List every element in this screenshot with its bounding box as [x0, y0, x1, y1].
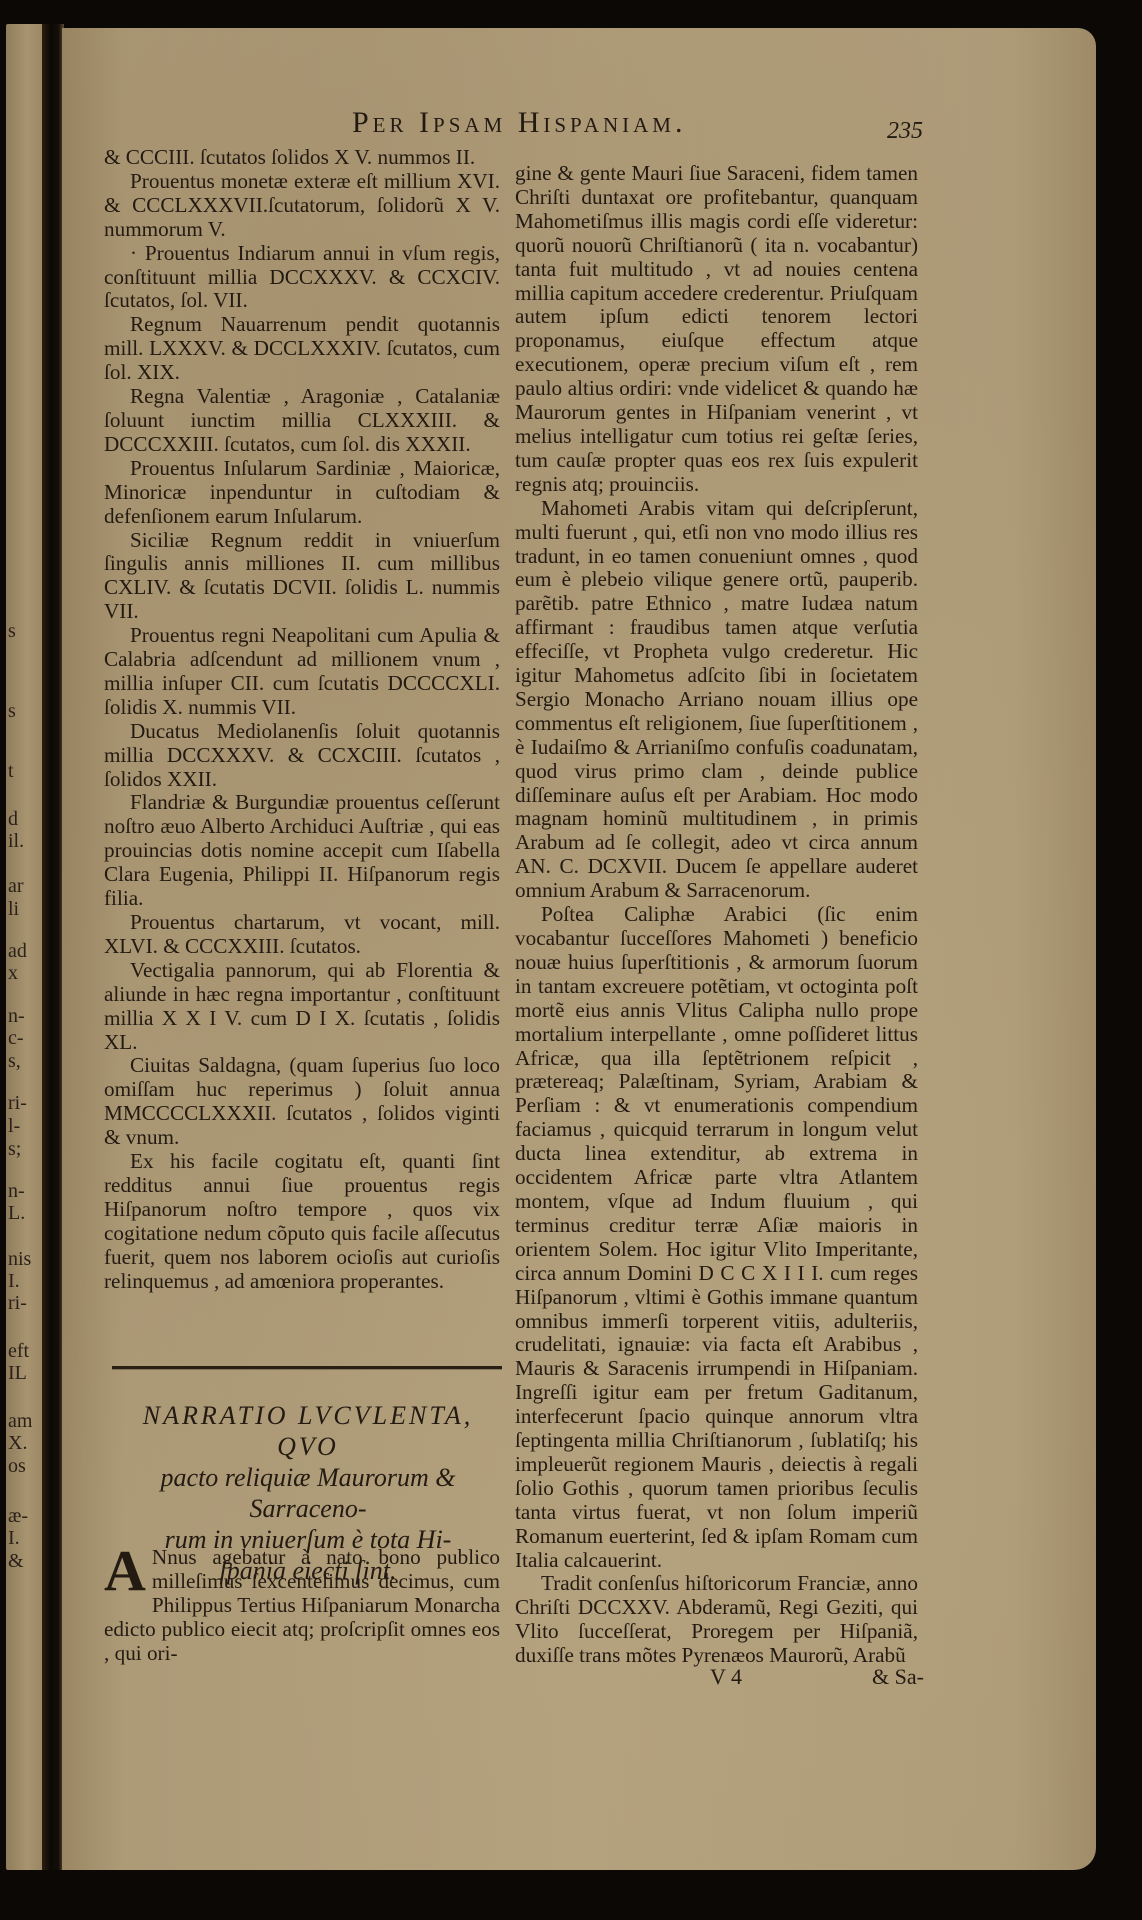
previous-page-text-fragment: I.	[8, 1270, 44, 1292]
paragraph: · Prouentus Indiarum annui in vſum regis…	[104, 242, 500, 314]
previous-page-text-fragment: I.	[8, 1527, 44, 1549]
previous-page-text-fragment: am	[8, 1410, 44, 1432]
drop-cap: A	[104, 1548, 146, 1594]
narratio-opening-paragraph: ANnus agebatur à nato bono publico mille…	[104, 1546, 500, 1666]
previous-page-text-fragment: æ-	[8, 1505, 44, 1527]
previous-page-text-fragment: eft	[8, 1340, 44, 1362]
right-column: gine & gente Mauri ſiue Saraceni, fidem …	[515, 162, 918, 1668]
running-head: Per Ipsam Hispaniam.	[352, 106, 686, 140]
section-heading-line: NARRATIO LVCVLENTA, QVO	[112, 1400, 504, 1462]
section-divider-rule	[112, 1366, 502, 1369]
paragraph: gine & gente Mauri ſiue Saraceni, fidem …	[515, 162, 918, 497]
left-column: & CCCIII. ſcutatos ſolidos X V. nummos I…	[104, 146, 500, 1294]
paragraph: Prouentus regni Neapolitani cum Apulia &…	[104, 624, 500, 720]
paragraph: Poſtea Caliphæ Arabici (ſic enim vocaban…	[515, 903, 918, 1572]
signature-mark: V 4	[710, 1664, 742, 1690]
paragraph: Prouentus Inſularum Sardiniæ , Maioricæ,…	[104, 457, 500, 529]
previous-page-edge: sstdil.arliadxn-c-s,ri-l-s;n-L.nisI.ri-e…	[6, 24, 44, 1870]
paragraph: Ducatus Mediolanenſis ſoluit quotannis m…	[104, 720, 500, 792]
previous-page-text-fragment: n-	[8, 1180, 44, 1202]
previous-page-text-fragment: os	[8, 1455, 44, 1477]
paragraph: Prouentus monetæ exteræ eſt millium XVI.…	[104, 170, 500, 242]
paragraph: & CCCIII. ſcutatos ſolidos X V. nummos I…	[104, 146, 500, 170]
previous-page-text-fragment: ri-	[8, 1292, 44, 1314]
page-number: 235	[887, 118, 923, 145]
previous-page-text-fragment: ar	[8, 875, 44, 897]
previous-page-text-fragment: c-	[8, 1027, 44, 1049]
previous-page-text-fragment: s;	[8, 1138, 44, 1160]
previous-page-text-fragment: l-	[8, 1115, 44, 1137]
book-gutter	[42, 24, 64, 1870]
paragraph: Tradit conſenſus hiſtoricorum Franciæ, a…	[515, 1572, 918, 1668]
previous-page-text-fragment: s	[8, 700, 44, 722]
previous-page-text-fragment: IL	[8, 1362, 44, 1384]
previous-page-text-fragment: ad	[8, 940, 44, 962]
paragraph: Vectigalia pannorum, qui ab Florentia & …	[104, 959, 500, 1055]
paragraph-text: Nnus agebatur à nato bono publico milleſ…	[104, 1545, 500, 1665]
previous-page-text-fragment: x	[8, 962, 44, 984]
previous-page-text-fragment: s,	[8, 1050, 44, 1072]
previous-page-text-fragment: t	[8, 760, 44, 782]
section-heading-line: pacto reliquiæ Maurorum & Sarraceno-	[112, 1462, 504, 1524]
paragraph: Prouentus chartarum, vt vocant, mill. XL…	[104, 911, 500, 959]
paragraph: Regna Valentiæ , Aragoniæ , Catalaniæ ſo…	[104, 385, 500, 457]
previous-page-text-fragment: &	[8, 1550, 44, 1572]
previous-page-text-fragment: li	[8, 898, 44, 920]
paragraph: Regnum Nauarrenum pendit quotannis mill.…	[104, 313, 500, 385]
previous-page-text-fragment: d	[8, 808, 44, 830]
previous-page-text-fragment: X.	[8, 1432, 44, 1454]
paragraph: Ex his facile cogitatu eſt, quanti ſint …	[104, 1150, 500, 1293]
previous-page-text-fragment: n-	[8, 1005, 44, 1027]
previous-page-text-fragment: il.	[8, 830, 44, 852]
book-page: Per Ipsam Hispaniam. 235 & CCCIII. ſcuta…	[62, 28, 1096, 1870]
paragraph: Siciliæ Regnum reddit in vniuerſum ſingu…	[104, 529, 500, 625]
catchword: & Sa-	[872, 1664, 924, 1690]
previous-page-text-fragment: nis	[8, 1248, 44, 1270]
previous-page-text-fragment: s	[8, 620, 44, 642]
previous-page-text-fragment: ri-	[8, 1092, 44, 1114]
previous-page-text-fragment: L.	[8, 1202, 44, 1224]
paragraph: Mahometi Arabis vitam qui deſcripſerunt,…	[515, 497, 918, 903]
paragraph: Ciuitas Saldagna, (quam ſuperius ſuo loc…	[104, 1054, 500, 1150]
paragraph: Flandriæ & Burgundiæ prouentus ceſſerunt…	[104, 791, 500, 911]
